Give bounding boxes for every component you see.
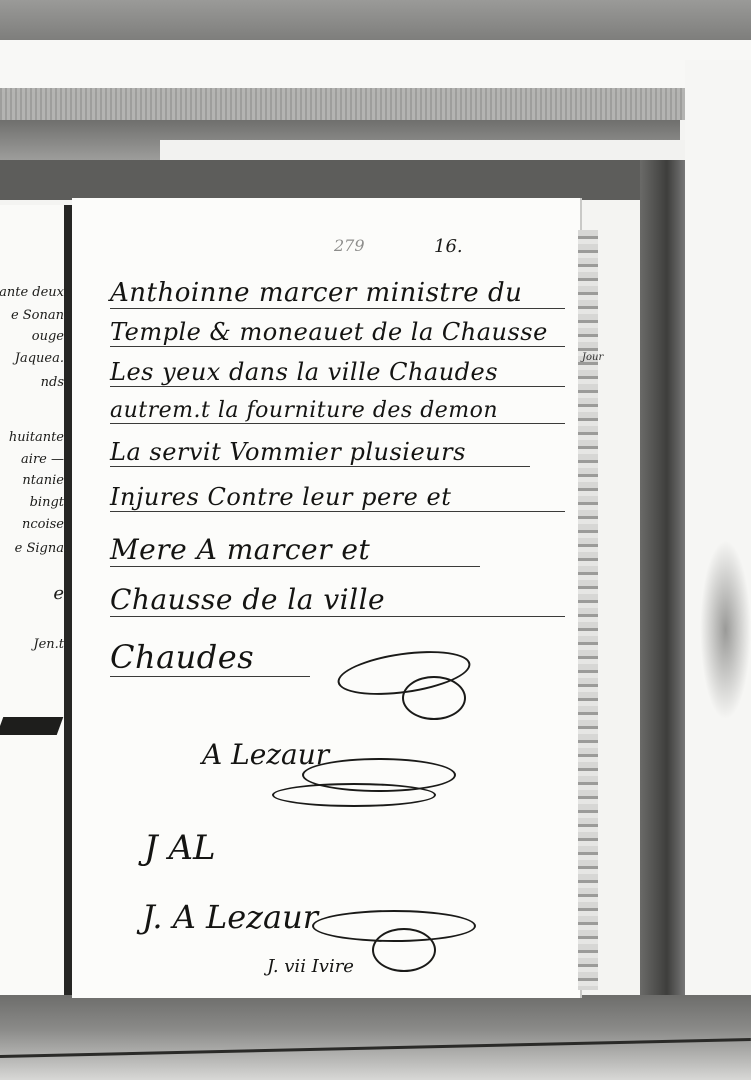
left-fragment: ouge <box>32 329 64 344</box>
left-fragment: aire — <box>21 452 64 467</box>
text-line: autrem.t la fourniture des demon <box>110 398 565 424</box>
left-fragment: ante deux <box>0 285 64 300</box>
text-line: Anthoinne marcer ministre du <box>110 278 565 309</box>
ink-blot <box>0 717 63 735</box>
left-fragment: e Sonan <box>11 308 64 323</box>
signature-flourish <box>372 928 436 972</box>
page-number: 16. <box>434 236 463 257</box>
manuscript-page: 279 16. Anthoinne marcer ministre du Tem… <box>72 198 580 998</box>
signature: J. A Lezaur <box>142 898 318 936</box>
scan-top-band <box>0 0 751 40</box>
scan-bottom-band <box>0 995 751 1080</box>
left-fragment: nds <box>41 375 64 390</box>
left-facing-page: ante deux e Sonan ouge Jaquea. nds huita… <box>0 205 64 995</box>
signature: J AL <box>144 828 216 868</box>
right-smudge <box>700 540 751 720</box>
text-line: Chaudes <box>110 638 310 677</box>
text-line: Injures Contre leur pere et <box>110 483 565 512</box>
text-line: Les yeux dans la ville Chaudes <box>110 358 565 387</box>
scan-dark-band <box>0 160 680 200</box>
right-binding-frame <box>640 160 685 1000</box>
left-fragment: e <box>53 583 64 604</box>
left-fragment: e Signa <box>15 541 64 556</box>
page-edge-strip <box>578 230 598 990</box>
left-fragment: ncoise <box>22 517 64 532</box>
left-fragment: Jen.t <box>33 637 64 652</box>
signature-flourish <box>402 676 466 720</box>
signature-flourish <box>272 783 436 807</box>
scan-paper-band <box>0 40 751 92</box>
left-fragment: ntanie <box>22 473 64 488</box>
text-line: Chausse de la ville <box>110 583 565 617</box>
footnote: J. vii Ivire <box>267 956 354 977</box>
text-line: La servit Vommier plusieurs <box>110 438 530 467</box>
scan-texture-band <box>0 88 751 120</box>
left-fragment: huitante <box>9 430 64 445</box>
text-line: Temple & moneauet de la Chausse <box>110 318 565 347</box>
text-line: Mere A marcer et <box>110 533 480 567</box>
faded-page-number: 279 <box>334 236 365 255</box>
right-fragment: Jour <box>582 352 603 363</box>
left-fragment: bingt <box>30 495 64 510</box>
left-fragment: Jaquea. <box>15 351 64 366</box>
book-gutter <box>64 205 72 995</box>
